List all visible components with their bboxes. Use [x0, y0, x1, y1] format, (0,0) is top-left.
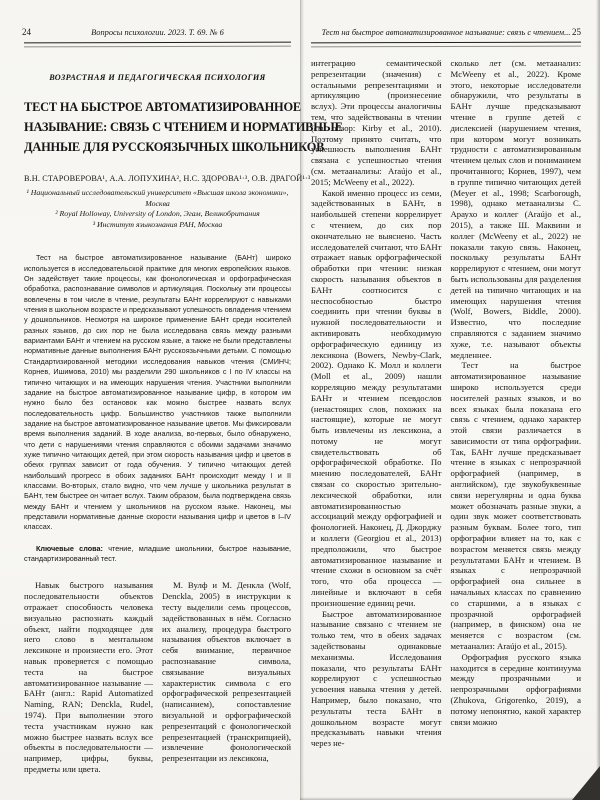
- article-title-line-2: НАЗЫВАНИЕ: СВЯЗЬ С ЧТЕНИЕМ И НОРМАТИВНЫЕ: [24, 117, 291, 137]
- article-title-line-3: ДАННЫЕ ДЛЯ РУССКОЯЗЫЧНЫХ ШКОЛЬНИКОВ: [24, 137, 291, 157]
- body-paragraph: М. Вулф и М. Денкла (Wolf, Denckla, 2005…: [162, 580, 291, 764]
- body-columns-left-page: Навык быстрого называния последовательно…: [24, 580, 291, 774]
- keywords: Ключевые слова: чтение, младшие школьник…: [24, 544, 291, 565]
- right-page-column-1: интеграцию семантической репрезентации (…: [311, 58, 442, 749]
- page-right: Тест на быстрое автоматизированное назыв…: [300, 0, 600, 800]
- affiliations: ¹ Национальный исследовательский универс…: [24, 188, 291, 230]
- running-head-left: Вопросы психологии. 2023. Т. 69. № 6: [24, 26, 291, 39]
- page-gutter: [300, 0, 304, 800]
- body-paragraph: интеграцию семантической репрезентации (…: [311, 58, 442, 188]
- left-page-column-1: Навык быстрого называния последовательно…: [24, 580, 153, 774]
- page-number-right: 25: [572, 26, 581, 39]
- article-title-line-1: ТЕСТ НА БЫСТРОЕ АВТОМАТИЗИРОВАННОЕ: [24, 97, 291, 117]
- page-left: 24 Вопросы психологии. 2023. Т. 69. № 6 …: [0, 0, 300, 800]
- header-rule-left: [24, 42, 291, 48]
- left-page-column-2: М. Вулф и М. Денкла (Wolf, Denckla, 2005…: [162, 580, 291, 774]
- page-right-edge-shadow: [596, 0, 600, 800]
- body-paragraph: сколько лет (см. метаанализ: McWeeny et …: [451, 58, 582, 360]
- article-title: ТЕСТ НА БЫСТРОЕ АВТОМАТИЗИРОВАННОЕ НАЗЫВ…: [24, 97, 291, 157]
- body-paragraph: Орфография русского языка находится в се…: [451, 652, 582, 728]
- body-paragraph: Навык быстрого называния последовательно…: [24, 580, 153, 774]
- affiliation-3: ³ Институт языкознания РАН, Москва: [24, 220, 291, 231]
- right-page-column-2: сколько лет (см. метаанализ: McWeeny et …: [451, 58, 582, 749]
- body-paragraph: Какой именно процесс из семи, задействов…: [311, 188, 442, 609]
- affiliation-2: ² Royal Holloway, University of London, …: [24, 209, 291, 220]
- abstract: Тест на быстрое автоматизированное назыв…: [24, 253, 291, 532]
- body-columns-right-page: интеграцию семантической репрезентации (…: [311, 58, 581, 749]
- page-number-left: 24: [22, 26, 31, 39]
- keywords-label: Ключевые слова:: [36, 544, 103, 553]
- body-paragraph: Тест на быстрое автоматизированное назыв…: [451, 360, 582, 652]
- affiliation-1: ¹ Национальный исследовательский универс…: [24, 188, 291, 209]
- body-paragraph: Быстрое автоматизированное называние свя…: [311, 609, 442, 749]
- journal-spread: 24 Вопросы психологии. 2023. Т. 69. № 6 …: [0, 0, 600, 800]
- header-rule-right: [311, 42, 581, 48]
- page-header-right: Тест на быстрое автоматизированное назыв…: [311, 26, 581, 39]
- authors-line: В.Н. СТАРОВЕРОВА¹, А.А. ЛОПУХИНА², Н.С. …: [24, 174, 291, 183]
- page-header-left: 24 Вопросы психологии. 2023. Т. 69. № 6: [24, 26, 291, 39]
- scan-corner-shadow: [572, 766, 600, 800]
- section-heading: ВОЗРАСТНАЯ И ПЕДАГОГИЧЕСКАЯ ПСИХОЛОГИЯ: [24, 73, 291, 82]
- running-head-right: Тест на быстрое автоматизированное назыв…: [311, 26, 581, 39]
